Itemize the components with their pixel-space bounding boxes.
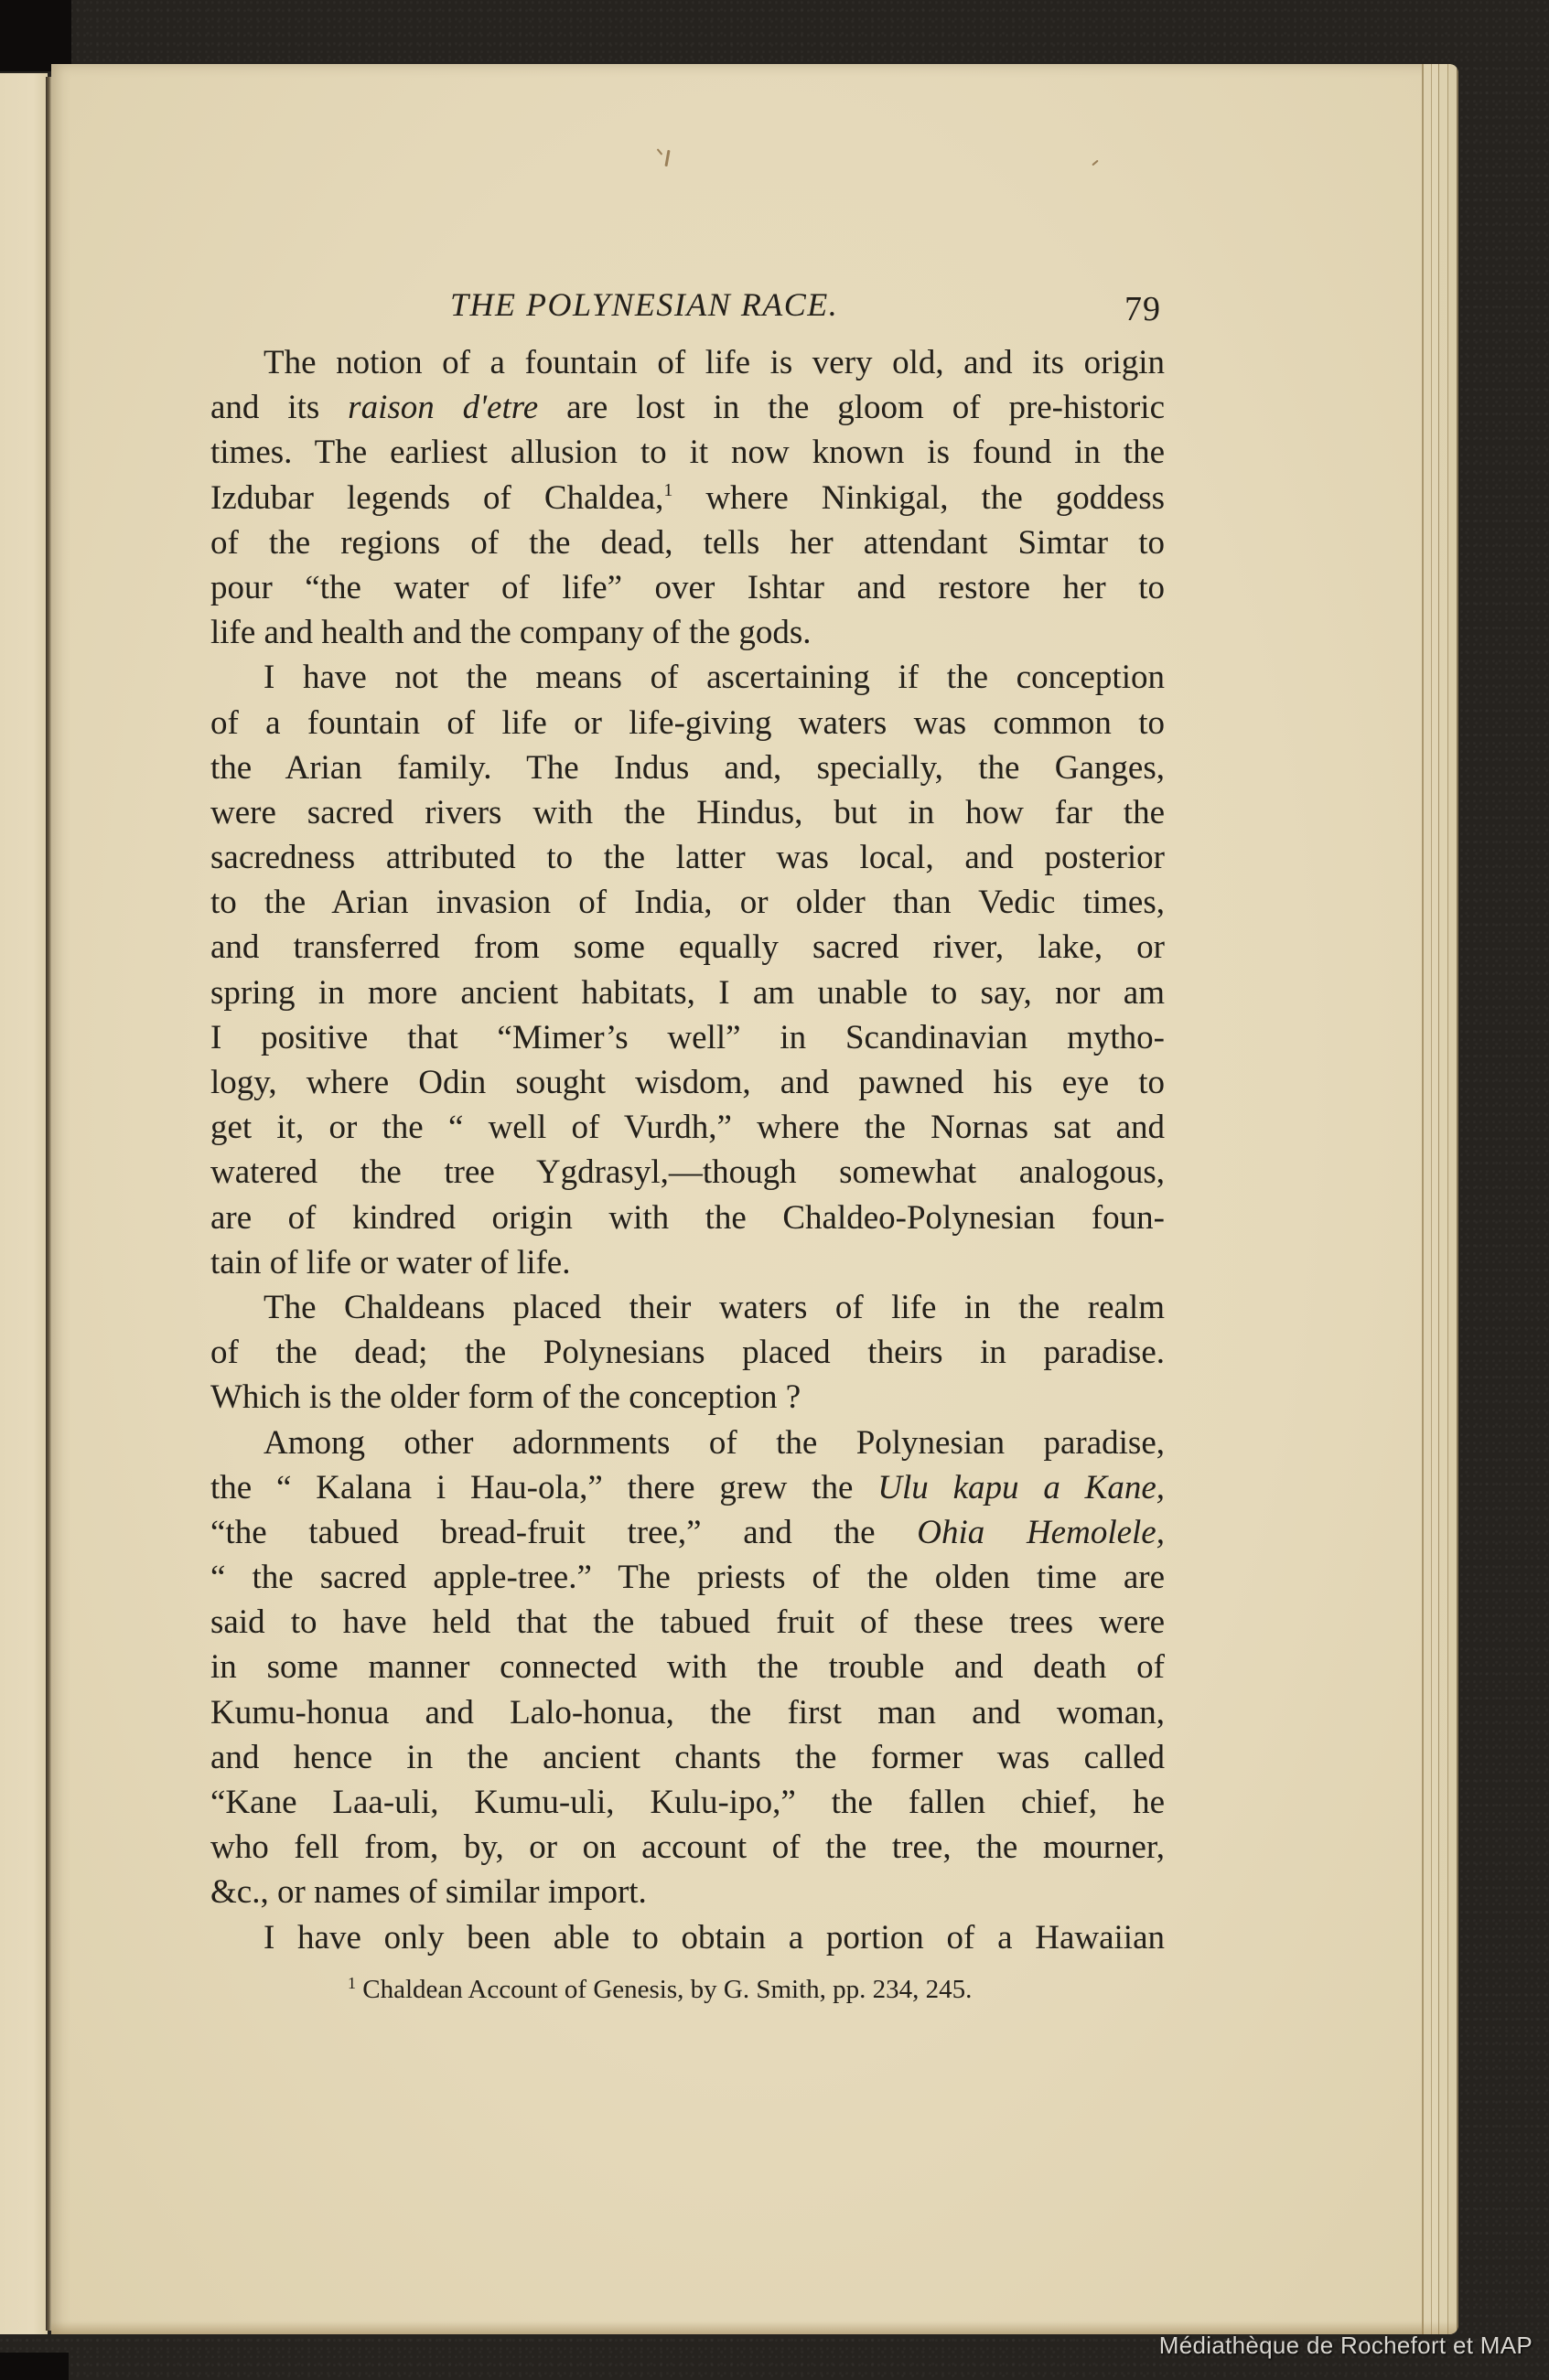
text-run: who fell from, by, or on account of the … (210, 1828, 1165, 1866)
italic-text: raison d'etre (348, 389, 538, 426)
text-run: times. The earliest allusion to it now k… (210, 434, 1165, 471)
left-page-edge (0, 73, 48, 2334)
text-run: pour “the water of life” over Ishtar and… (210, 569, 1165, 606)
body-text: The notion of a fountain of life is very… (210, 340, 1165, 1960)
text-run: were sacred rivers with the Hindus, but … (210, 794, 1165, 831)
paragraph: Among other adornments of the Polynesian… (210, 1420, 1165, 1915)
running-title: THE POLYNESIAN RACE. (450, 285, 838, 324)
text-run: get it, or the “ well of Vurdh,” where t… (210, 1109, 1165, 1146)
text-line: life and health and the company of the g… (210, 610, 1165, 655)
text-line: sacredness attributed to the latter was … (210, 835, 1165, 880)
paper-speck (1092, 160, 1098, 166)
text-run: “the tabued bread-fruit tree,” and the (210, 1514, 917, 1551)
text-run: are of kindred origin with the Chaldeo-P… (210, 1199, 1165, 1237)
text-run: of a fountain of life or life-giving wat… (210, 704, 1165, 742)
text-line: pour “the water of life” over Ishtar and… (210, 565, 1165, 610)
text-line: “ the sacred apple-tree.” The priests of… (210, 1555, 1165, 1600)
text-run: and transferred from some equally sacred… (210, 928, 1165, 966)
page-edges (1420, 64, 1458, 2334)
text-line: in some manner connected with the troubl… (210, 1645, 1165, 1689)
text-line: and hence in the ancient chants the form… (210, 1735, 1165, 1780)
text-run: and its (210, 389, 348, 426)
text-line: times. The earliest allusion to it now k… (210, 430, 1165, 475)
text-line: of a fountain of life or life-giving wat… (210, 701, 1165, 745)
text-line: and its raison d'etre are lost in the gl… (210, 385, 1165, 430)
text-run: where Ninkigal, the goddess (672, 479, 1165, 517)
text-run: Among other adornments of the Polynesian… (264, 1424, 1165, 1462)
binding-corner-bottom (0, 2353, 69, 2380)
text-line: Kumu-honua and Lalo-honua, the first man… (210, 1690, 1165, 1735)
text-line: are of kindred origin with the Chaldeo-P… (210, 1195, 1165, 1240)
footnote: 1 Chaldean Account of Genesis, by G. Smi… (210, 1973, 1165, 2006)
text-line: and transferred from some equally sacred… (210, 925, 1165, 970)
paper-speck (664, 150, 670, 166)
text-line: said to have held that the tabued fruit … (210, 1600, 1165, 1645)
text-run: sacredness attributed to the latter was … (210, 839, 1165, 876)
paragraph: I have only been able to obtain a portio… (210, 1915, 1165, 1960)
library-watermark: Médiathèque de Rochefort et MAP (1159, 2332, 1533, 2360)
text-run: logy, where Odin sought wisdom, and pawn… (210, 1064, 1165, 1101)
text-run: Kumu-honua and Lalo-honua, the first man… (210, 1694, 1165, 1731)
text-run: said to have held that the tabued fruit … (210, 1603, 1165, 1641)
text-line: Among other adornments of the Polynesian… (210, 1420, 1165, 1465)
text-run: The Chaldeans placed their waters of lif… (264, 1289, 1165, 1326)
text-run: spring in more ancient habitats, I am un… (210, 974, 1165, 1012)
text-run: the “ Kalana i Hau-ola,” there grew the (210, 1469, 877, 1506)
text-run: and hence in the ancient chants the form… (210, 1739, 1165, 1776)
footnote-ref: 1 (663, 480, 672, 500)
text-run: Which is the older form of the conceptio… (210, 1378, 801, 1416)
text-line: get it, or the “ well of Vurdh,” where t… (210, 1105, 1165, 1150)
text-run: I have only been able to obtain a portio… (264, 1919, 1165, 1957)
text-line: I positive that “Mimer’s well” in Scandi… (210, 1015, 1165, 1060)
page-number: 79 (1124, 289, 1161, 329)
paragraph: The notion of a fountain of life is very… (210, 340, 1165, 655)
text-run: I positive that “Mimer’s well” in Scandi… (210, 1019, 1165, 1056)
text-line: tain of life or water of life. (210, 1240, 1165, 1285)
text-run: life and health and the company of the g… (210, 614, 812, 651)
text-line: “Kane Laa-uli, Kumu-uli, Kulu-ipo,” the … (210, 1780, 1165, 1825)
italic-text: Ohia Hemolele, (917, 1514, 1165, 1551)
text-run: watered the tree Ygdrasyl,—though somewh… (210, 1153, 1165, 1191)
text-line: the “ Kalana i Hau-ola,” there grew the … (210, 1465, 1165, 1510)
text-line: spring in more ancient habitats, I am un… (210, 970, 1165, 1015)
text-line: &c., or names of similar import. (210, 1870, 1165, 1914)
text-line: the Arian family. The Indus and, special… (210, 745, 1165, 790)
text-block: THE POLYNESIAN RACE. 79 The notion of a … (210, 285, 1165, 2006)
text-line: I have not the means of ascertaining if … (210, 655, 1165, 700)
text-line: to the Arian invasion of India, or older… (210, 880, 1165, 925)
footnote-text: Chaldean Account of Genesis, by G. Smith… (356, 1975, 972, 2004)
text-line: of the regions of the dead, tells her at… (210, 520, 1165, 565)
binding-corner (0, 0, 71, 71)
text-run: of the regions of the dead, tells her at… (210, 524, 1165, 562)
text-line: Which is the older form of the conceptio… (210, 1375, 1165, 1420)
text-line: The Chaldeans placed their waters of lif… (210, 1285, 1165, 1330)
text-run: the Arian family. The Indus and, special… (210, 749, 1165, 787)
text-run: tain of life or water of life. (210, 1244, 570, 1281)
paper-speck (657, 148, 663, 155)
text-run: of the dead; the Polynesians placed thei… (210, 1334, 1165, 1371)
text-line: were sacred rivers with the Hindus, but … (210, 790, 1165, 835)
text-line: of the dead; the Polynesians placed thei… (210, 1330, 1165, 1375)
footnote-marker: 1 (348, 1974, 356, 1992)
text-run: in some manner connected with the troubl… (210, 1648, 1165, 1686)
paragraph: I have not the means of ascertaining if … (210, 655, 1165, 1285)
text-line: The notion of a fountain of life is very… (210, 340, 1165, 385)
text-line: logy, where Odin sought wisdom, and pawn… (210, 1060, 1165, 1105)
text-line: watered the tree Ygdrasyl,—though somewh… (210, 1150, 1165, 1195)
italic-text: Ulu kapu a Kane, (877, 1469, 1165, 1506)
text-run: to the Arian invasion of India, or older… (210, 884, 1165, 921)
text-run: The notion of a fountain of life is very… (264, 344, 1165, 381)
text-run: I have not the means of ascertaining if … (264, 659, 1165, 696)
text-run: are lost in the gloom of pre-historic (538, 389, 1165, 426)
text-run: Izdubar legends of Chaldea, (210, 479, 663, 517)
text-run: “ the sacred apple-tree.” The priests of… (210, 1559, 1165, 1596)
running-head: THE POLYNESIAN RACE. 79 (210, 285, 1165, 340)
text-line: Izdubar legends of Chaldea,1 where Ninki… (210, 476, 1165, 520)
paragraph: The Chaldeans placed their waters of lif… (210, 1285, 1165, 1420)
text-line: who fell from, by, or on account of the … (210, 1825, 1165, 1870)
text-run: “Kane Laa-uli, Kumu-uli, Kulu-ipo,” the … (210, 1784, 1165, 1821)
text-run: &c., or names of similar import. (210, 1873, 647, 1911)
text-line: “the tabued bread-fruit tree,” and the O… (210, 1510, 1165, 1555)
text-line: I have only been able to obtain a portio… (210, 1915, 1165, 1960)
